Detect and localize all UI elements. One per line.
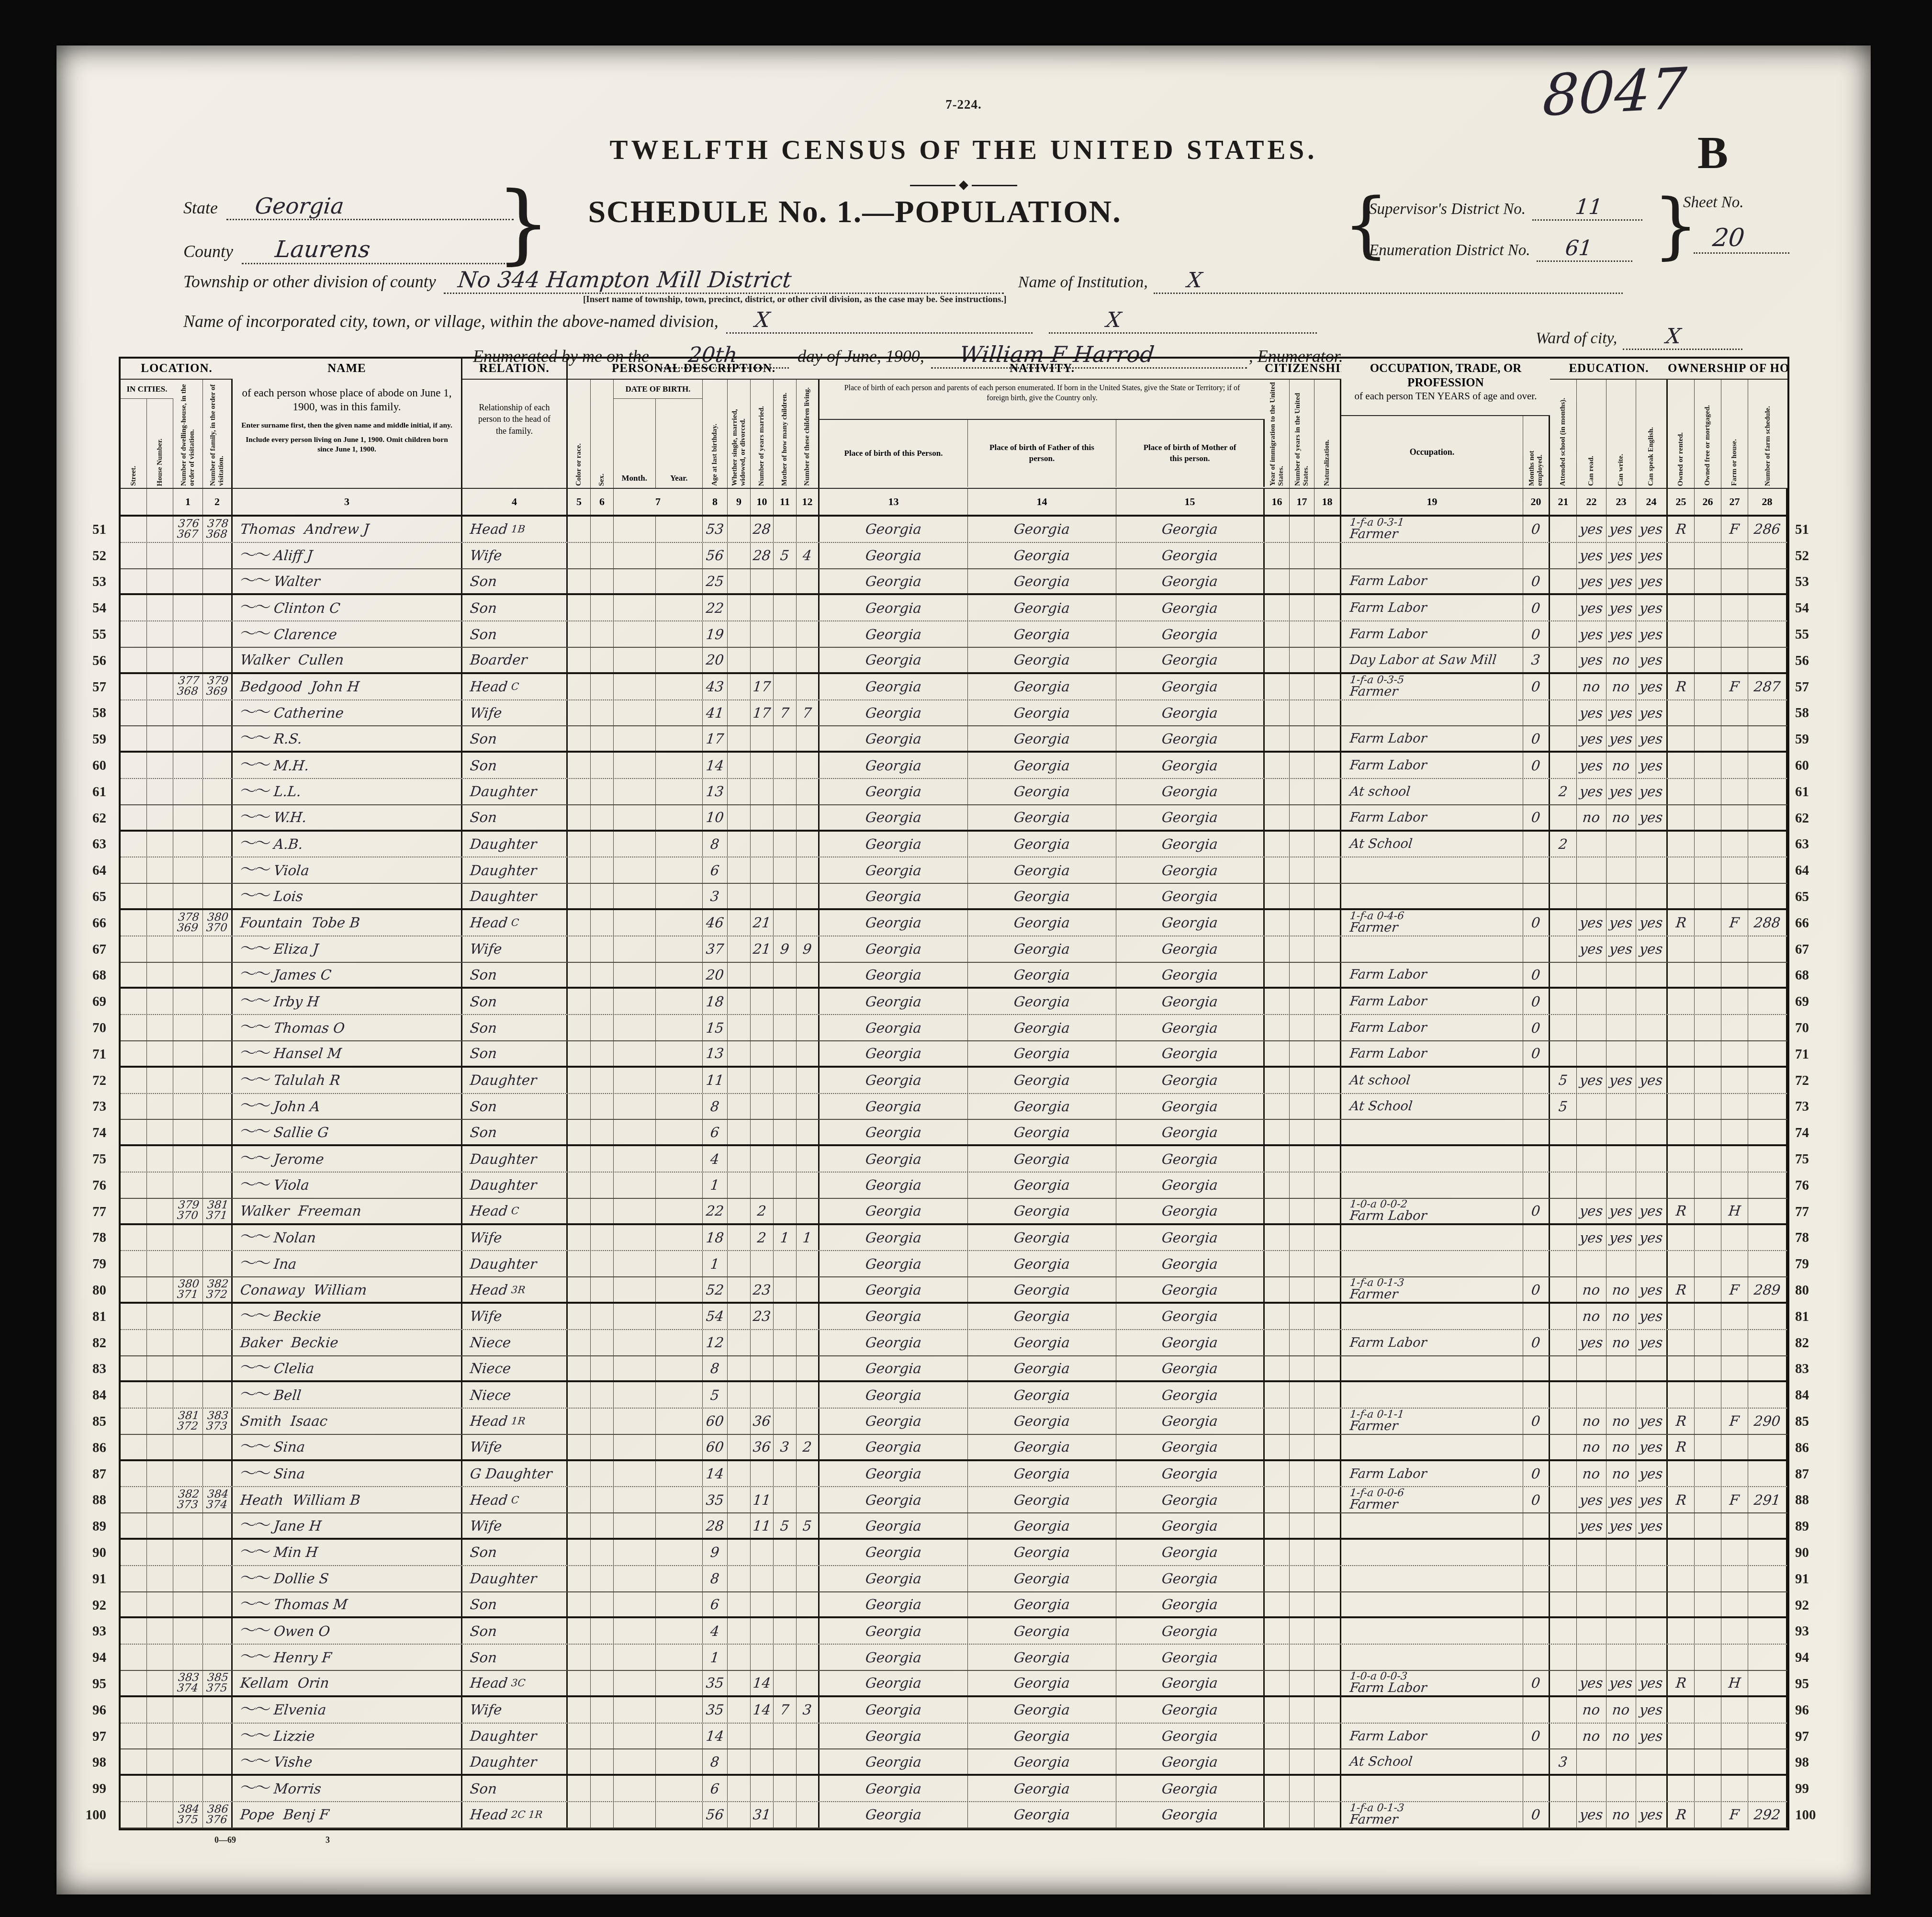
cell-pm: Georgia (1116, 1304, 1265, 1329)
cell-occ (1341, 1304, 1523, 1329)
cell-fs (1748, 884, 1787, 908)
cell-race (568, 884, 591, 908)
cell-byr (656, 1382, 703, 1408)
cell-rel: Son (462, 1041, 568, 1066)
cell-occ: 1-f-a 0-3-5Farmer (1341, 674, 1523, 699)
cell-cl: 4 (797, 543, 820, 568)
education-title: EDUCATION. (1550, 359, 1668, 380)
cell-fs (1748, 726, 1787, 751)
column-number-house (147, 489, 173, 515)
cell-ne: 0 (1523, 1461, 1550, 1487)
ownership-title: OWNERSHIP OF HOME. (1668, 359, 1787, 380)
cell-sex (591, 1173, 614, 1198)
cell-pf: Georgia (968, 621, 1116, 647)
cell-mc (774, 1540, 797, 1565)
cell-ym (751, 779, 774, 804)
cell-rel: Head3C (462, 1671, 568, 1695)
cell-occ (1341, 1173, 1523, 1198)
cell-race (568, 1435, 591, 1459)
cell-pf: Georgia (968, 832, 1116, 857)
cell-dw: 383374 (173, 1671, 203, 1695)
cell-age: 22 (703, 595, 728, 620)
cell-en: yes (1636, 1330, 1668, 1355)
cell-en (1636, 1094, 1668, 1119)
cell-pob: Georgia (820, 936, 968, 962)
cell-name: 〜〜Min H (233, 1540, 462, 1565)
cell-bmo (614, 1015, 656, 1040)
cell-house (147, 595, 173, 620)
cell-ym: 14 (751, 1697, 774, 1723)
cell-pm: Georgia (1116, 1513, 1265, 1538)
cell-house (147, 1645, 173, 1670)
cell-ym (751, 805, 774, 830)
cell-ne: 0 (1523, 989, 1550, 1014)
header-nativity: NATIVITY. Place of birth of each person … (820, 359, 1265, 488)
cell-wr: yes (1606, 1513, 1636, 1538)
cell-rd (1577, 989, 1606, 1014)
cell-sch (1550, 1618, 1577, 1644)
cell-pf: Georgia (968, 726, 1116, 751)
cell-fh (1721, 1251, 1748, 1276)
cell-pob: Georgia (820, 1618, 968, 1644)
cell-rd: yes (1577, 543, 1606, 568)
cell-race (568, 1697, 591, 1723)
cell-wr: no (1606, 1461, 1636, 1487)
cell-age: 35 (703, 1697, 728, 1723)
cell-ym (751, 1094, 774, 1119)
cell-mc (774, 779, 797, 804)
cell-street (121, 779, 147, 804)
cell-age: 14 (703, 753, 728, 778)
cell-sch: 2 (1550, 832, 1577, 857)
county-value: Laurens (274, 236, 371, 263)
cell-age: 6 (703, 1120, 728, 1144)
cell-age: 56 (703, 543, 728, 568)
pob-mother-col-label: Place of birth of Mother of this person. (1137, 442, 1242, 464)
cell-pob: Georgia (820, 1068, 968, 1093)
cell-ym (751, 1173, 774, 1198)
cell-natz (1314, 1041, 1341, 1066)
row-number-51: 51 (1790, 517, 1831, 543)
cell-name: 〜〜Catherine (233, 700, 462, 726)
column-number-10: 10 (751, 489, 774, 515)
cell-sch (1550, 1802, 1577, 1827)
cell-yus (1290, 1382, 1314, 1408)
cell-mar (728, 1566, 751, 1591)
column-number-7: 7 (614, 489, 703, 515)
row-number-69: 69 (70, 989, 111, 1015)
cell-age: 35 (703, 1671, 728, 1695)
year-col-label: Year. (670, 474, 688, 483)
cell-wr (1606, 1776, 1636, 1801)
cell-bmo (614, 1251, 656, 1276)
cell-pm: Georgia (1116, 569, 1265, 594)
cell-mc (774, 1015, 797, 1040)
cell-fs (1748, 989, 1787, 1014)
cell-street (121, 1776, 147, 1801)
cell-ne (1523, 1356, 1550, 1381)
row-number-78: 78 (70, 1225, 111, 1252)
cell-pob: Georgia (820, 753, 968, 778)
cell-en: yes (1636, 621, 1668, 647)
cell-occ: Farm Labor (1341, 1015, 1523, 1040)
cell-name: 〜〜Talulah R (233, 1068, 462, 1093)
cell-wr: yes (1606, 517, 1636, 542)
person-row-66: 378369380370Fountain Tobe BHeadC4621Geor… (121, 910, 1787, 936)
city-label: Name of incorporated city, town, or vill… (183, 312, 719, 331)
cell-sex (591, 1382, 614, 1408)
cell-fh (1721, 648, 1748, 672)
cell-fam (203, 1146, 233, 1172)
cell-street (121, 1094, 147, 1119)
cell-wr: yes (1606, 910, 1636, 936)
cell-cl (797, 963, 820, 987)
cell-yus (1290, 1225, 1314, 1251)
cell-cl (797, 1618, 820, 1644)
cell-yus (1290, 543, 1314, 568)
cell-street (121, 1724, 147, 1749)
cell-yus (1290, 569, 1314, 594)
cell-ne (1523, 700, 1550, 726)
cell-occ: At School (1341, 1094, 1523, 1119)
cell-ne (1523, 1618, 1550, 1644)
cell-sex (591, 989, 614, 1014)
cell-mc (774, 1041, 797, 1066)
column-number-1: 1 (173, 489, 203, 515)
cell-wr (1606, 1120, 1636, 1144)
cell-street (121, 1356, 147, 1381)
cell-fh (1721, 621, 1748, 647)
cell-byr (656, 1173, 703, 1198)
cell-natz (1314, 884, 1341, 908)
cell-mort (1695, 963, 1721, 987)
cell-wr: no (1606, 753, 1636, 778)
cell-wr: no (1606, 1409, 1636, 1434)
cell-own (1668, 1461, 1695, 1487)
cell-byr (656, 910, 703, 936)
sheet-letter: B (1697, 126, 1728, 179)
cell-ne: 0 (1523, 621, 1550, 647)
cell-own (1668, 595, 1695, 620)
cell-ne: 0 (1523, 753, 1550, 778)
cell-yus (1290, 1068, 1314, 1093)
cell-mort (1695, 1330, 1721, 1355)
cell-mort (1695, 595, 1721, 620)
cell-rel: Wife (462, 1697, 568, 1723)
cell-sex (591, 1120, 614, 1144)
cell-ne (1523, 832, 1550, 857)
cell-ym (751, 857, 774, 883)
cell-rel: HeadC (462, 1199, 568, 1223)
row-number-66: 66 (70, 910, 111, 936)
cell-dw (173, 1146, 203, 1172)
cell-pm: Georgia (1116, 884, 1265, 908)
cell-en: yes (1636, 910, 1668, 936)
cell-rd: yes (1577, 1199, 1606, 1223)
cell-natz (1314, 1566, 1341, 1591)
cell-fs (1748, 1461, 1787, 1487)
cell-house (147, 1487, 173, 1512)
cell-ne (1523, 1540, 1550, 1565)
cell-cl (797, 1120, 820, 1144)
cell-byr (656, 1251, 703, 1276)
table-body: 376367378368Thomas Andrew JHead1B5328Geo… (121, 517, 1787, 1828)
cell-cl (797, 726, 820, 751)
cell-own (1668, 726, 1695, 751)
cell-pf: Georgia (968, 753, 1116, 778)
cell-yus (1290, 1724, 1314, 1749)
cell-pf: Georgia (968, 936, 1116, 962)
cell-byr (656, 1540, 703, 1565)
cell-mc (774, 1330, 797, 1355)
cell-fam (203, 621, 233, 647)
cell-sex (591, 1749, 614, 1774)
cell-bmo (614, 674, 656, 699)
cell-street (121, 1461, 147, 1487)
cell-ym: 14 (751, 1671, 774, 1695)
row-number-88: 88 (70, 1487, 111, 1513)
cell-ne: 0 (1523, 1277, 1550, 1302)
cell-sch (1550, 1015, 1577, 1040)
cell-fam: 379369 (203, 674, 233, 699)
cell-dw (173, 1015, 203, 1040)
cell-mort (1695, 884, 1721, 908)
cell-en (1636, 1618, 1668, 1644)
cell-ym (751, 1540, 774, 1565)
column-number-19: 19 (1341, 489, 1523, 515)
cell-mort (1695, 1645, 1721, 1670)
cell-race (568, 1618, 591, 1644)
row-number-69: 69 (1790, 989, 1831, 1015)
cell-wr (1606, 1592, 1636, 1617)
cell-immig (1265, 1330, 1290, 1355)
cell-fs (1748, 1724, 1787, 1749)
cell-yus (1290, 1356, 1314, 1381)
cell-dw (173, 936, 203, 962)
cell-fh (1721, 963, 1748, 987)
cell-yus (1290, 1618, 1314, 1644)
cell-pm: Georgia (1116, 1409, 1265, 1434)
cell-immig (1265, 1645, 1290, 1670)
cell-dw (173, 1120, 203, 1144)
cell-pf: Georgia (968, 1120, 1116, 1144)
cell-own (1668, 1724, 1695, 1749)
cell-occ: 1-f-a 0-4-6Farmer (1341, 910, 1523, 936)
cell-house (147, 543, 173, 568)
cell-name: 〜〜Clelia (233, 1356, 462, 1381)
cell-sex (591, 1277, 614, 1302)
cell-fam (203, 543, 233, 568)
cell-race (568, 1120, 591, 1144)
cell-fh (1721, 805, 1748, 830)
person-row-99: 〜〜MorrisSon6GeorgiaGeorgiaGeorgia (121, 1776, 1787, 1802)
cell-sex (591, 857, 614, 883)
cell-ym (751, 1120, 774, 1144)
cell-mar (728, 1382, 751, 1408)
cell-own (1668, 753, 1695, 778)
cell-dw: 377368 (173, 674, 203, 699)
cell-street (121, 1540, 147, 1565)
cell-wr: no (1606, 648, 1636, 672)
cell-immig (1265, 1251, 1290, 1276)
cell-own (1668, 1120, 1695, 1144)
cell-cl (797, 779, 820, 804)
cell-name: 〜〜Vishe (233, 1749, 462, 1774)
cell-street (121, 1592, 147, 1617)
cell-rd (1577, 1015, 1606, 1040)
cell-street (121, 857, 147, 883)
cell-immig (1265, 595, 1290, 620)
cell-mort (1695, 1304, 1721, 1329)
cell-fh (1721, 1592, 1748, 1617)
cell-occ (1341, 1776, 1523, 1801)
cell-cl (797, 1094, 820, 1119)
cell-age: 6 (703, 1776, 728, 1801)
cell-rd (1577, 1251, 1606, 1276)
cell-yus (1290, 1566, 1314, 1591)
cell-house (147, 1251, 173, 1276)
cell-en (1636, 963, 1668, 987)
cell-rel: Son (462, 1592, 568, 1617)
row-number-61: 61 (70, 779, 111, 805)
cell-fh (1721, 1173, 1748, 1198)
cell-ne: 0 (1523, 1724, 1550, 1749)
cell-own (1668, 779, 1695, 804)
cell-pf: Georgia (968, 1356, 1116, 1381)
cell-rd: yes (1577, 1802, 1606, 1827)
cell-rd (1577, 963, 1606, 987)
cell-sch (1550, 595, 1577, 620)
cell-ne (1523, 1225, 1550, 1251)
cell-fh: F (1721, 674, 1748, 699)
table-header: LOCATION. IN CITIES. Street. House Numbe… (121, 359, 1787, 488)
cell-yus (1290, 517, 1314, 542)
cell-fs (1748, 569, 1787, 594)
cell-sex (591, 832, 614, 857)
column-number-4: 4 (462, 489, 568, 515)
cell-street (121, 1146, 147, 1172)
row-number-60: 60 (70, 753, 111, 779)
cell-ne (1523, 1697, 1550, 1723)
cell-pob: Georgia (820, 595, 968, 620)
person-row-81: 〜〜BeckieWife5423GeorgiaGeorgiaGeorgianon… (121, 1304, 1787, 1330)
cell-rd: yes (1577, 1513, 1606, 1538)
cell-rd (1577, 1041, 1606, 1066)
cell-wr: yes (1606, 1671, 1636, 1695)
cell-rel: Daughter (462, 884, 568, 908)
person-row-68: 〜〜James CSon20GeorgiaGeorgiaGeorgiaFarm … (121, 963, 1787, 989)
cell-fs (1748, 543, 1787, 568)
cell-cl (797, 1592, 820, 1617)
cell-ym: 11 (751, 1487, 774, 1512)
months-unemployed-col-label: Months not employed. (1528, 416, 1545, 488)
cell-sch (1550, 1724, 1577, 1749)
cell-pm: Georgia (1116, 1749, 1265, 1774)
cell-house (147, 857, 173, 883)
cell-sex (591, 753, 614, 778)
row-number-62: 62 (70, 805, 111, 832)
cell-yus (1290, 1199, 1314, 1223)
cell-fs: 290 (1748, 1409, 1787, 1434)
cell-sex (591, 1041, 614, 1066)
cell-house (147, 1802, 173, 1827)
cell-en: yes (1636, 1068, 1668, 1093)
cell-occ (1341, 1356, 1523, 1381)
cell-own (1668, 936, 1695, 962)
cell-rd (1577, 884, 1606, 908)
cell-pf: Georgia (968, 1094, 1116, 1119)
cell-natz (1314, 1461, 1341, 1487)
cell-age: 46 (703, 910, 728, 936)
cell-mar (728, 1199, 751, 1223)
cell-wr: yes (1606, 569, 1636, 594)
cell-fam: 384374 (203, 1487, 233, 1512)
township-value: No 344 Hampton Mill District (457, 267, 793, 293)
cell-pob: Georgia (820, 832, 968, 857)
cell-bmo (614, 779, 656, 804)
cell-mort (1695, 989, 1721, 1014)
cell-dw: 376367 (173, 517, 203, 542)
cell-immig (1265, 1592, 1290, 1617)
cell-fh (1721, 779, 1748, 804)
cell-cl (797, 1802, 820, 1827)
cell-own: R (1668, 1435, 1695, 1459)
cell-immig (1265, 1566, 1290, 1591)
cell-yus (1290, 1461, 1314, 1487)
row-number-67: 67 (1790, 936, 1831, 963)
row-number-52: 52 (1790, 543, 1831, 569)
cell-name: 〜〜Sina (233, 1435, 462, 1459)
cell-race (568, 832, 591, 857)
cell-pf: Georgia (968, 1041, 1116, 1066)
cell-age: 5 (703, 1382, 728, 1408)
cell-house (147, 1435, 173, 1459)
cell-occ: 1-f-a 0-1-3Farmer (1341, 1277, 1523, 1302)
cell-own: R (1668, 1671, 1695, 1695)
person-row-60: 〜〜M.H.Son14GeorgiaGeorgiaGeorgiaFarm Lab… (121, 753, 1787, 779)
cell-pf: Georgia (968, 1330, 1116, 1355)
cell-race (568, 1225, 591, 1251)
cell-en: yes (1636, 569, 1668, 594)
cell-ym (751, 963, 774, 987)
cell-race (568, 753, 591, 778)
cell-fam (203, 1540, 233, 1565)
cell-natz (1314, 517, 1341, 542)
cell-ym: 17 (751, 674, 774, 699)
cell-ne (1523, 884, 1550, 908)
cell-fam: 381371 (203, 1199, 233, 1223)
cell-rd: yes (1577, 779, 1606, 804)
cell-cl (797, 674, 820, 699)
cell-occ (1341, 700, 1523, 726)
cell-wr: yes (1606, 595, 1636, 620)
row-numbers-left: 5152535455565758596061626364656667686970… (70, 517, 111, 1828)
cell-fh (1721, 857, 1748, 883)
cell-bmo (614, 1409, 656, 1434)
cell-ne (1523, 1566, 1550, 1591)
cell-pm: Georgia (1116, 1120, 1265, 1144)
cell-cl (797, 1724, 820, 1749)
cell-street (121, 1513, 147, 1538)
cell-race (568, 1409, 591, 1434)
cell-rd: yes (1577, 1225, 1606, 1251)
cell-bmo (614, 1645, 656, 1670)
cell-bmo (614, 1356, 656, 1381)
cell-natz (1314, 1540, 1341, 1565)
cell-name: 〜〜Nolan (233, 1225, 462, 1251)
cell-mort (1695, 1776, 1721, 1801)
cell-yus (1290, 1749, 1314, 1774)
